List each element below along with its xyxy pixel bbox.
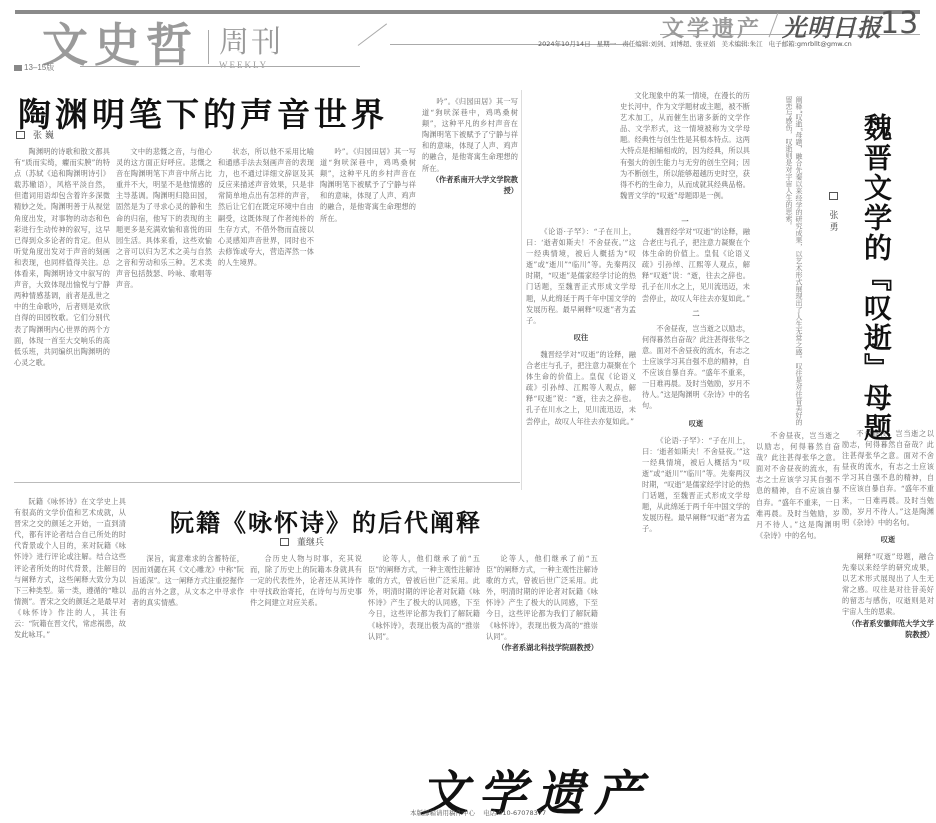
- article-1-column: 吟”。《归园田居》其一写道“狗吠深巷中，鸡鸣桑树颠”，这种平凡的乡村声音在陶渊明…: [320, 146, 416, 476]
- article-1-column: 状态，所以他不采用比喻和通感手法去刻画声音的表现力，也不通过详细文辞讴及其反应来…: [218, 146, 314, 476]
- article-3-credit: （作者系安徽师范大学文学院教授）: [842, 618, 934, 640]
- article-1-column: 吟”。《归园田居》其一写道“狗吠深巷中，鸡鸣桑树颠”，这种平凡的乡村声音在陶渊明…: [422, 96, 518, 476]
- logo-separator: [208, 30, 209, 64]
- square-icon: [14, 65, 22, 71]
- article-2-column: 论等人，他们继承了前“五臣”的阐释方式，一种主观性注解诗歌的方式，曾被后世广泛采…: [368, 553, 480, 748]
- divider: [521, 90, 522, 490]
- byline-box-icon: [16, 131, 25, 139]
- newspaper-logo: 光明日报: [782, 8, 882, 43]
- article-1-credit: （作者系南开大学文学院教授）: [422, 174, 518, 196]
- article-3-column: 《论语·子罕》：“子在川上，曰：‘逝者如斯夫！不舍昼夜。’”这一经典情境，被后人…: [526, 226, 636, 816]
- footer-info: 本版邮箱请用稿件中心 电话:010-67078377: [410, 808, 546, 817]
- byline-box-icon: [280, 538, 289, 546]
- article-1-column: 陶渊明的诗歌和散文都具有“质而实绮，癯而实腴”的特点（苏轼《追和陶渊明诗引》载苏…: [14, 146, 110, 476]
- article-3-column: 魏晋经学对“叹逝”的诠释，融合老庄与孔子，把注意力凝聚在个体生命的价值上。皇侃《…: [642, 226, 750, 816]
- article-2-column: 深旨，寓意难求的含蓄特征，因而刘勰在其《文心雕龙》中称“阮旨遥深”。这一阐释方式…: [132, 553, 244, 818]
- byline-box-icon: [829, 192, 838, 200]
- article-2-column: 合历史人物与时事，充其说而，除了历史上的阮籍本身就具有一定的代表性外，论者还从其…: [250, 553, 362, 748]
- article-1-byline: 张 巍: [16, 128, 54, 141]
- dateline: 2024年10月14日 星期一 责任编辑:刘剑、刘博超、张亚娟 美术编辑:朱江 …: [538, 39, 852, 48]
- article-3-byline: 张 勇: [820, 192, 846, 231]
- divider: [14, 482, 520, 483]
- article-3-title: 魏晋文学的『叹逝』母题: [856, 113, 896, 443]
- section-logo-text: 文史哲: [42, 20, 198, 70]
- article-3-column: 不舍昼夜，岂当逝之以励志，何得暮然自奋哉？此注甚得张华之意。面对不舍昼夜的流水，…: [842, 428, 934, 818]
- section-logo: 文史哲 周刊 WEEKLY: [42, 20, 283, 70]
- pages-label: 13–15版: [14, 62, 54, 73]
- article-2-column: 阮籍《咏怀诗》在文学史上具有很高的文学价值和艺术成就，从晋宋之交的颜延之开始，一…: [14, 496, 126, 816]
- section-mark: 一: [620, 212, 750, 222]
- article-1-title: 陶渊明笔下的声音世界: [18, 89, 388, 136]
- divider: [80, 66, 360, 67]
- article-3-column: 不舍昼夜，岂当逝之以励志，何得暮然自奋哉？此注甚得张华之意。面对不舍昼夜的流水，…: [756, 430, 840, 820]
- article-1-column: 文中的悲慨之音，与他心灵的这方面正好呼应。悲慨之音在陶渊明笔下声音中所占比重并不…: [116, 146, 212, 476]
- divider: [358, 23, 387, 45]
- article-2-title: 阮籍《咏怀诗》的后代阐释: [170, 503, 482, 538]
- article-3-intro: 文化现象中的某一情境，在漫长的历史长河中，作为文学题材或主题，被不断艺术加工，从…: [620, 90, 750, 210]
- article-2-byline: 董继兵: [280, 535, 324, 548]
- page-number: 13: [880, 6, 918, 41]
- article-3-vertical-column: 阐释“叹逝”母题，融合先秦以来经学的研究成果，以艺术形式展现出了人生无常之感。叹…: [764, 96, 804, 426]
- weekly-label: 周刊 WEEKLY: [219, 28, 283, 70]
- weekly-en: WEEKLY: [219, 60, 283, 70]
- weekly-cn: 周刊: [219, 28, 283, 58]
